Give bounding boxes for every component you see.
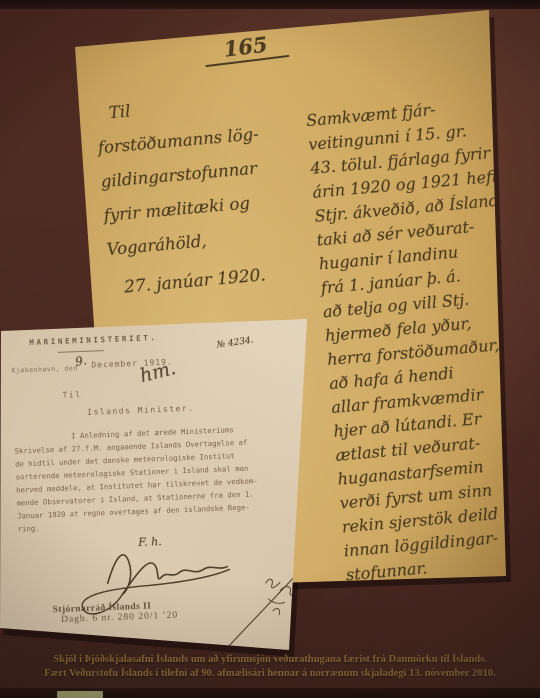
letterhead: MARINEMINISTERIET. (29, 333, 157, 347)
page-number: 165 (202, 29, 289, 67)
typed-letter-text: MARINEMINISTERIET. Kjøbenhavn, den 9. De… (2, 319, 319, 648)
typed-letter-body: I Anledning af det ærede MinisteriumsSkr… (14, 420, 310, 535)
letter-date: 27. janúar 1920. (123, 258, 344, 297)
dateline-day-handwritten: 9. (74, 353, 88, 369)
recipient-intro: Til (62, 390, 81, 400)
frame-top-edge (0, 0, 540, 9)
letterhead-rule (58, 350, 104, 353)
dateline-printed: Kjøbenhavn, den (11, 364, 77, 375)
caption-line-2: Fært Veðurstofu Íslands í tilefni af 90.… (0, 667, 540, 681)
caption: Skjöl í Þjóðskjalasafni Íslands um að yf… (0, 653, 540, 680)
archive-display-photo: 165 Tilforstöðumanns lög-gildingarstofun… (0, 0, 540, 698)
registry-stamp: Stjórnarráð Íslands II Dagb. 6 nr. 280 2… (53, 600, 179, 625)
salutation-block: Tilforstöðumanns lög-gildingarstofunnarf… (93, 80, 312, 267)
recipient-name: Islands Minister. (87, 404, 195, 417)
journal-number: № 4234. (216, 335, 254, 350)
caption-line-1: Skjöl í Þjóðskjalasafni Íslands um að yf… (0, 653, 540, 667)
bottom-accent-square (57, 691, 103, 698)
